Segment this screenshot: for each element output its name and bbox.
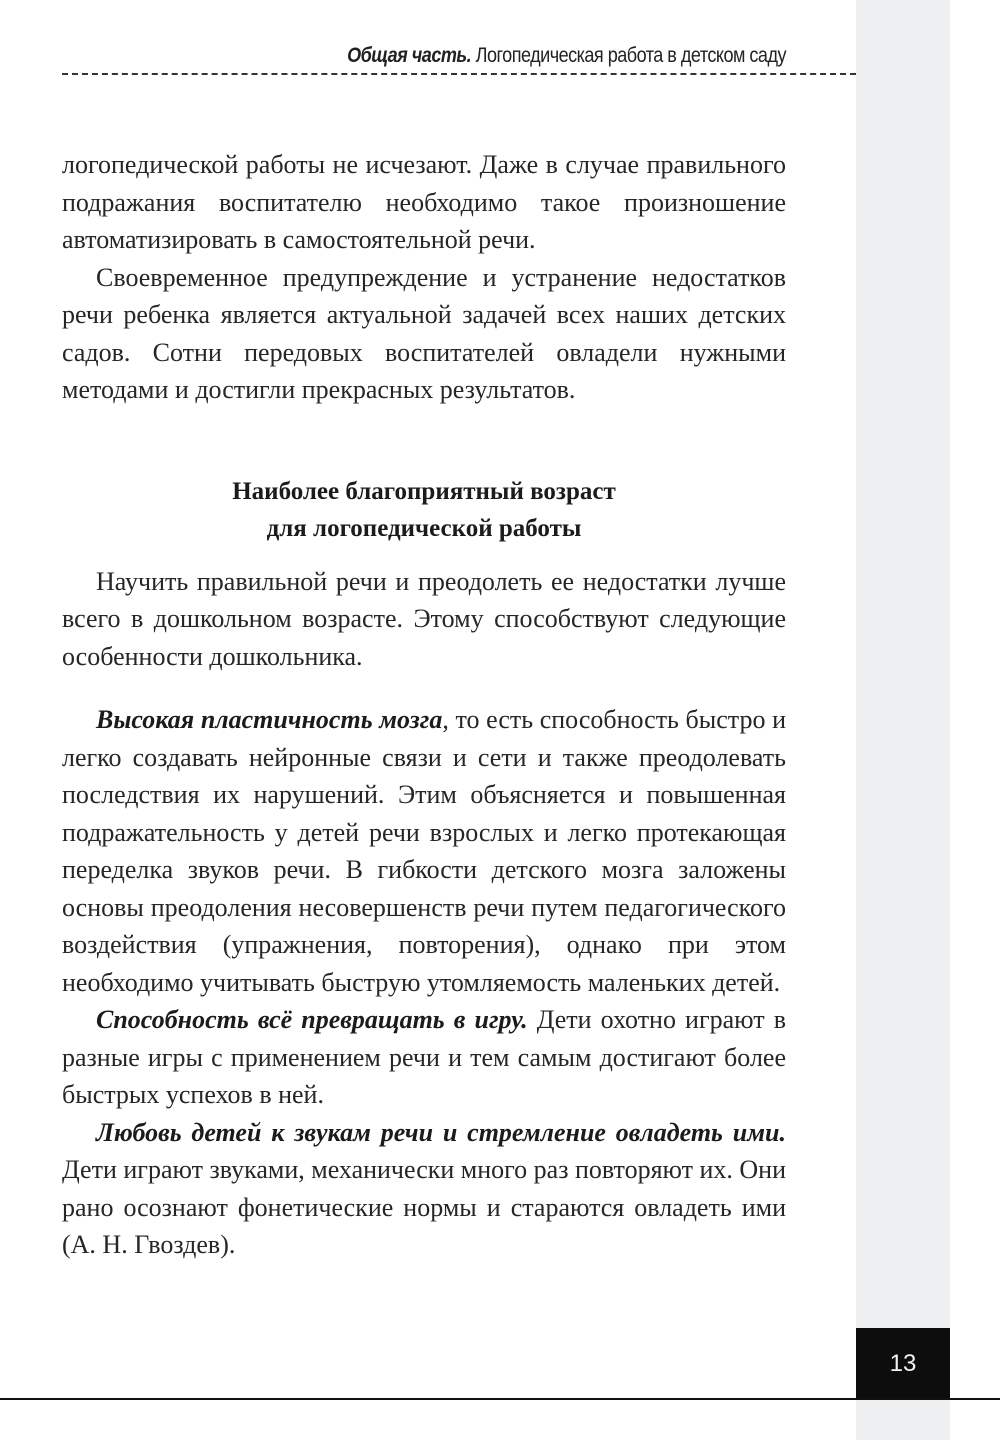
- running-header: Общая часть. Логопедическая работа в дет…: [110, 44, 786, 68]
- feature-lead: Любовь детей к звукам речи и стремление …: [96, 1118, 786, 1147]
- heading-line-1: Наиболее благоприятный возраст: [232, 478, 616, 505]
- section-label: Общая часть.: [347, 44, 471, 67]
- paragraph-continuation: логопедической работы не исчезают. Даже …: [62, 146, 786, 259]
- feature-item-love-of-sounds: Любовь детей к звукам речи и стремление …: [62, 1114, 786, 1264]
- header-dashed-rule: [62, 73, 856, 75]
- page-body: логопедической работы не исчезают. Даже …: [62, 146, 786, 1264]
- section-heading: Наиболее благоприятный возраст для логоп…: [62, 473, 786, 547]
- footer-rule: [0, 1398, 1000, 1400]
- feature-item-play: Способность всё превращать в игру. Дети …: [62, 1001, 786, 1114]
- feature-text: , то есть способность быстро и легко соз…: [62, 705, 786, 997]
- paragraph: Своевременное предупреждение и устранени…: [62, 259, 786, 409]
- feature-item-brain-plasticity: Высокая пластичность мозга, то есть спос…: [62, 701, 786, 1001]
- heading-line-2: для логопедической работы: [267, 515, 582, 542]
- paragraph-intro: Научить правильной речи и преодолеть ее …: [62, 563, 786, 676]
- feature-lead: Высокая пластичность мозга: [96, 705, 442, 734]
- feature-text: Дети играют звуками, механически много р…: [62, 1155, 786, 1259]
- margin-strip: [856, 0, 950, 1440]
- chapter-title: Логопедическая работа в детском саду: [476, 44, 786, 67]
- feature-lead: Способность всё превращать в игру.: [96, 1005, 528, 1034]
- page-number: 13: [856, 1328, 950, 1399]
